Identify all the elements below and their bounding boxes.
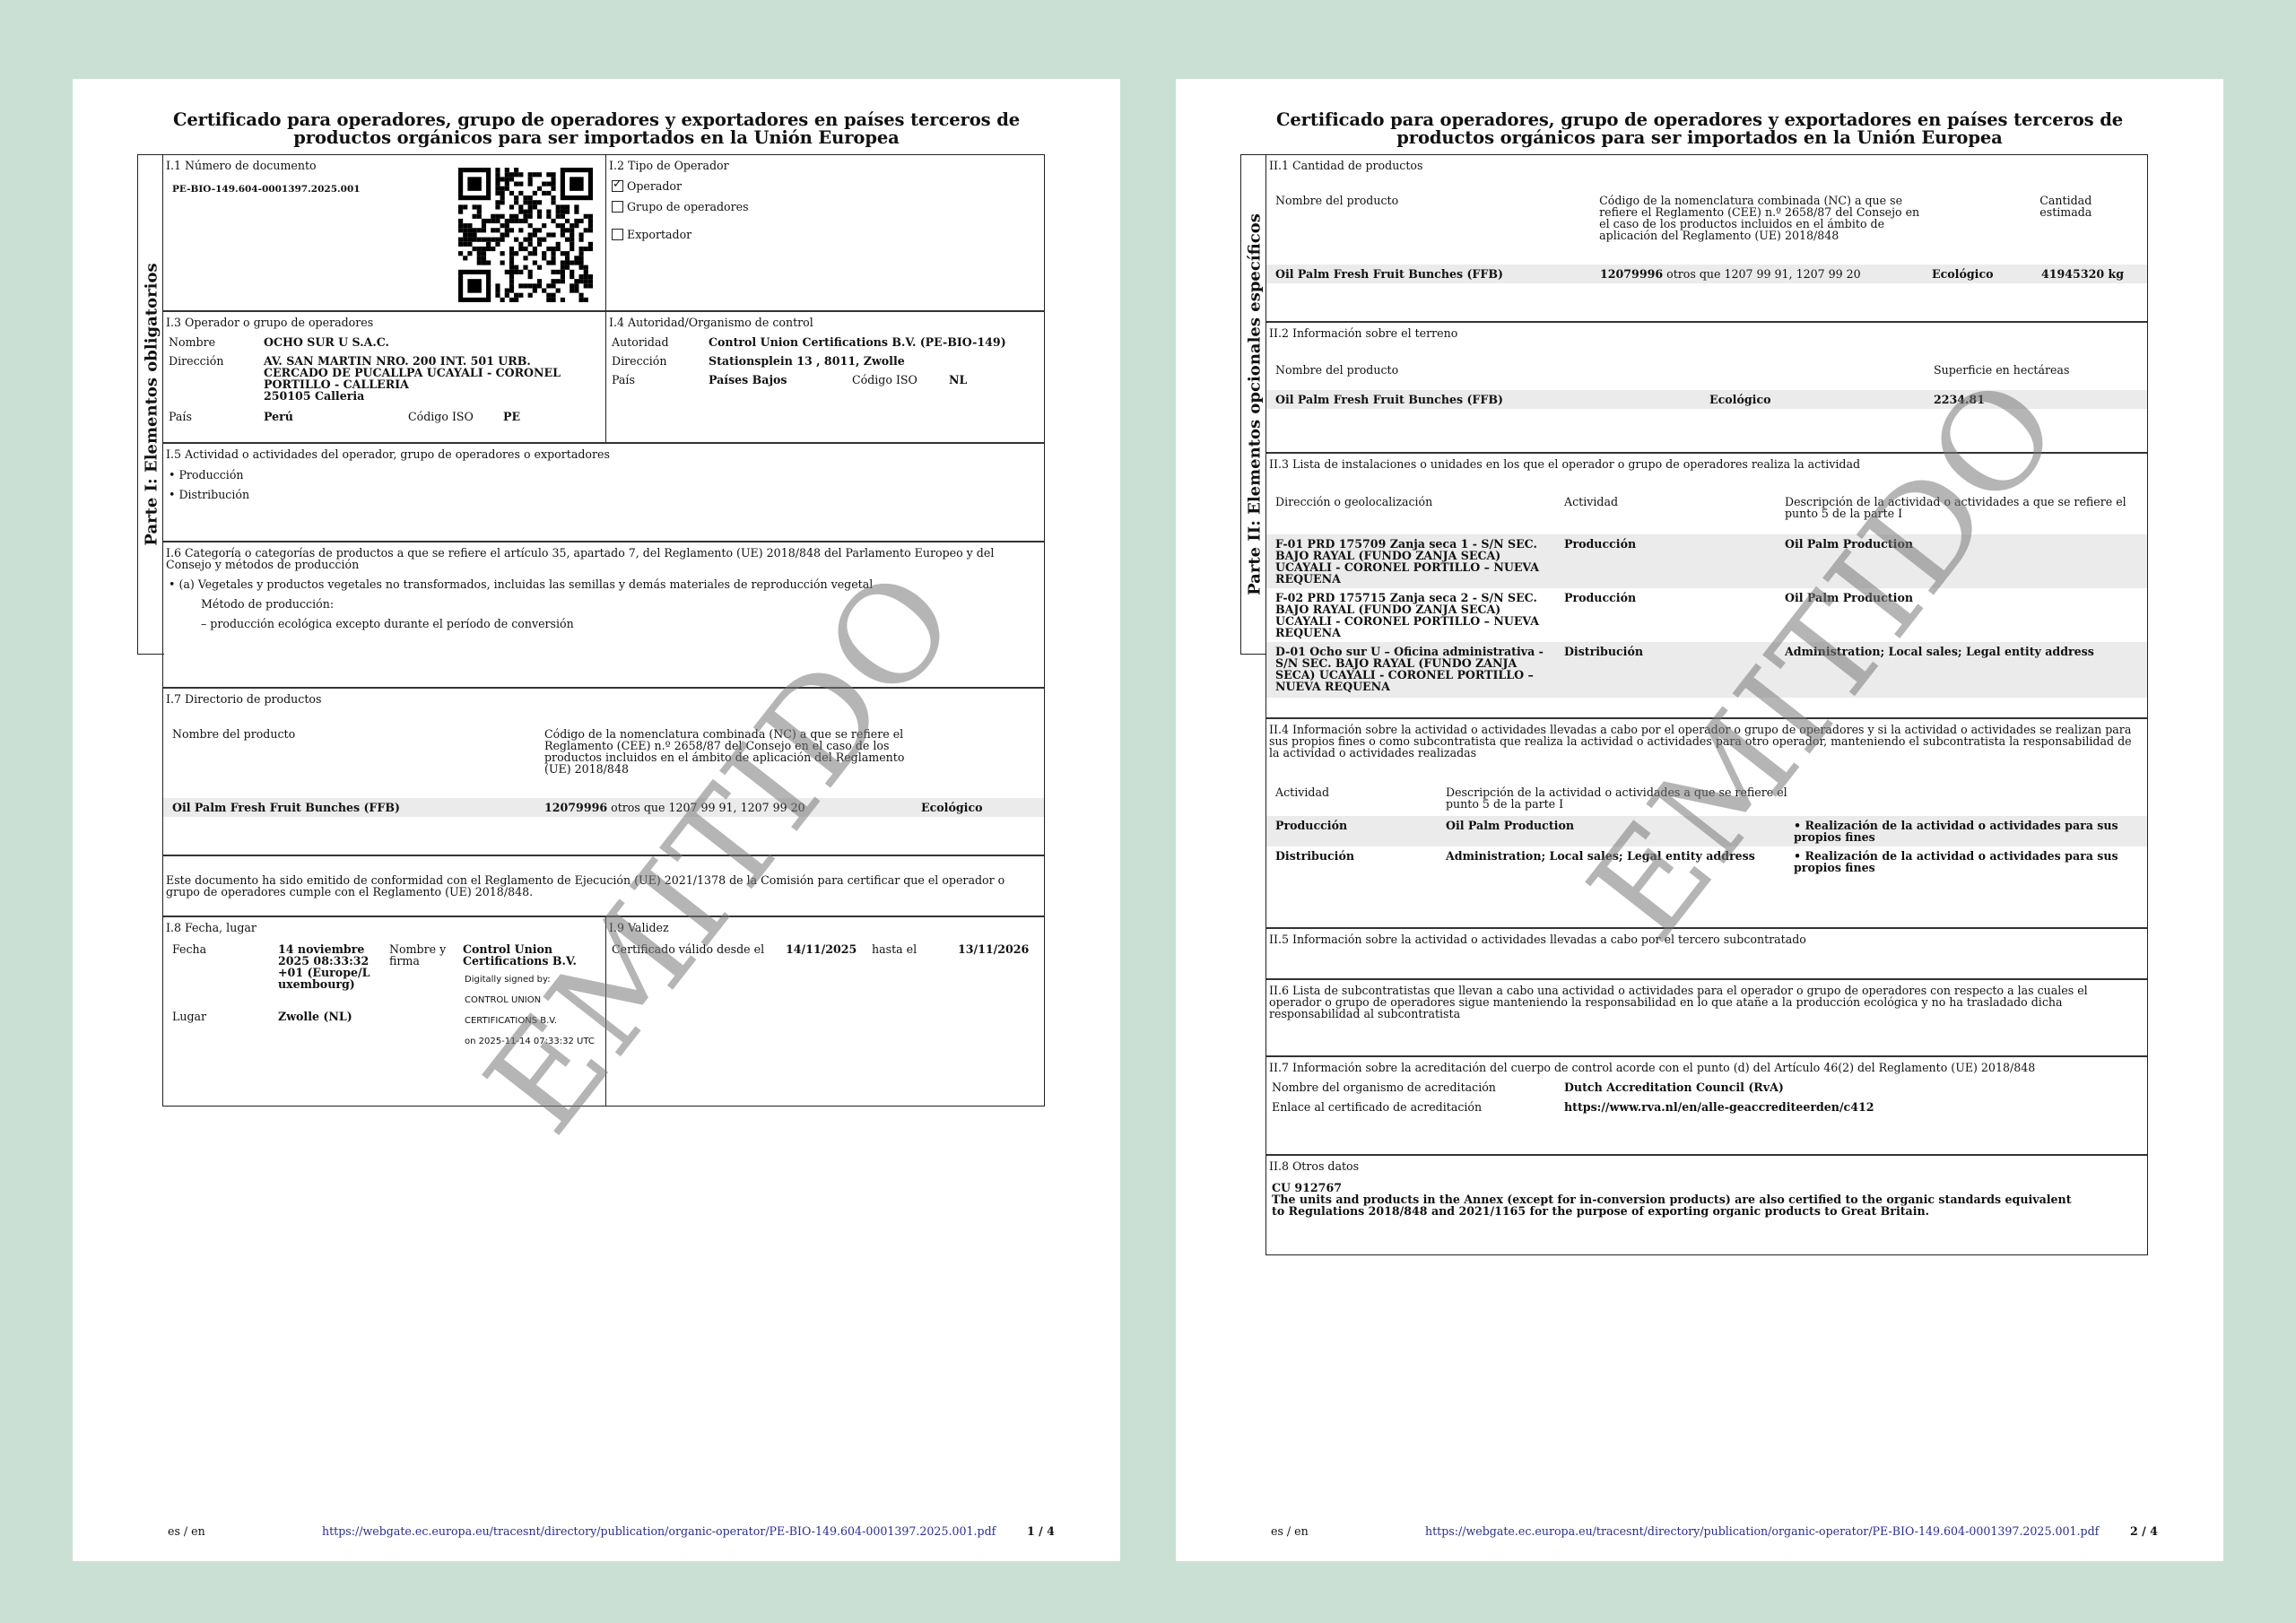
product-name: Oil Palm Fresh Fruit Bunches (FFB) [1275, 394, 1709, 405]
table-row: D-01 Ocho sur U – Oficina administrativa… [1266, 642, 2147, 698]
publication-link[interactable]: https://webgate.ec.europa.eu/tracesnt/di… [322, 1524, 996, 1538]
product-status: Ecológico [1709, 394, 1934, 405]
column-header: Dirección o geolocalización [1275, 496, 1564, 534]
field-label: Código ISO [408, 411, 503, 422]
field-label: País [612, 374, 701, 386]
part-label-sidebar: Parte II: Elementos opcionales específic… [1240, 154, 1267, 655]
category-item: (a) Vegetales y productos vegetales no t… [169, 578, 1039, 590]
section-title: II.3 Lista de instalaciones o unidades e… [1266, 454, 2147, 470]
section-accreditation: II.7 Información sobre la acreditación d… [1266, 1057, 2147, 1156]
facility-description: Oil Palm Production [1785, 538, 2144, 585]
column-header: Código de la nomenclatura combinada (NC)… [544, 728, 912, 787]
page-number: 2 / 4 [2130, 1524, 2158, 1538]
section-title: I.4 Autoridad/Organismo de control [606, 312, 1044, 328]
section-subcontracted-third-party: II.5 Información sobre la actividad o ac… [1266, 929, 2147, 980]
signer-name: Control Union Certifications B.V. [463, 943, 597, 967]
table-row: Oil Palm Fresh Fruit Bunches (FFB) Ecoló… [1266, 390, 2147, 409]
facility-activity: Producción [1564, 538, 1785, 585]
section-title: II.4 Información sobre la actividad o ac… [1266, 719, 2147, 759]
facility-address: F-01 PRD 175709 Zanja seca 1 - S/N SEC. … [1275, 538, 1564, 585]
operator-country: Perú [264, 411, 408, 422]
facility-description: Oil Palm Production [1785, 592, 2144, 638]
issue-date: 14 noviembre 2025 08:33:32 +01 (Europe/L… [278, 943, 372, 1011]
operator-iso: PE [503, 411, 520, 422]
land-area: 2234.81 [1934, 394, 1985, 405]
field-label: Enlace al certificado de acreditación [1272, 1101, 1557, 1113]
section-title: I.9 Validez [606, 917, 1044, 933]
language-selector[interactable]: es / en [1271, 1524, 1309, 1538]
qr-code-icon[interactable] [458, 168, 593, 302]
field-label: Dirección [169, 355, 257, 402]
part-label-sidebar: Parte I: Elementos obligatorios [137, 154, 164, 655]
publication-link[interactable]: https://webgate.ec.europa.eu/tracesnt/di… [1425, 1524, 2099, 1538]
section-title: I.2 Tipo de Operador [606, 155, 1044, 171]
checkbox-checked-icon[interactable] [612, 180, 623, 192]
section-title: II.2 Información sobre el terreno [1266, 323, 2147, 339]
field-label: hasta el [872, 943, 958, 955]
product-quantity: 41945320 kg [2041, 268, 2124, 280]
operator-address: AV. SAN MARTIN NRO. 200 INT. 501 URB. CE… [264, 355, 600, 402]
column-header: Actividad [1564, 496, 1785, 534]
activity-table: ProducciónOil Palm ProductionRealización… [1266, 816, 2147, 877]
page-number: 1 / 4 [1027, 1524, 1055, 1538]
table-row: F-01 PRD 175709 Zanja seca 1 - S/N SEC. … [1266, 534, 2147, 588]
issue-place: Zwolle (NL) [278, 1011, 389, 1022]
part-label: Parte II: Elementos opcionales específic… [1245, 213, 1264, 595]
table-row: Oil Palm Fresh Fruit Bunches (FFB) 12079… [1266, 265, 2147, 283]
facility-description: Administration; Local sales; Legal entit… [1785, 646, 2144, 694]
section-title: I.6 Categoría o categorías de productos … [163, 542, 1044, 570]
section-1-2: I.1 Número de documento PE-BIO-149.604-0… [163, 155, 1044, 312]
section-title: I.3 Operador o grupo de operadores [163, 312, 605, 328]
field-label: Autoridad [612, 336, 701, 348]
field-label: Nombre del organismo de acreditación [1272, 1081, 1557, 1093]
authority-name: Control Union Certifications B.V. (PE-BI… [709, 336, 1039, 348]
activity-purpose: Realización de la actividad o actividade… [1794, 850, 2135, 873]
activity-item: Distribución [169, 489, 1039, 500]
section-control-body: I.4 Autoridad/Organismo de control Autor… [605, 312, 1044, 442]
authority-iso: NL [949, 374, 967, 386]
column-header: Descripción de la actividad o actividade… [1446, 786, 1805, 816]
section-title: II.7 Información sobre la acreditación d… [1266, 1057, 2147, 1073]
issuance-statement: Este documento ha sido emitido de confor… [163, 856, 1044, 898]
product-code: 12079996 otros que 1207 99 91, 1207 99 2… [1600, 268, 1932, 280]
section-product-directory: I.7 Directorio de productos Nombre del p… [163, 689, 1044, 856]
checkbox-exportador[interactable]: Exportador [612, 229, 1039, 240]
method-value: – producción ecológica excepto durante e… [169, 618, 1039, 629]
section-categories: I.6 Categoría o categorías de productos … [163, 542, 1044, 689]
part-label: Parte I: Elementos obligatorios [142, 263, 161, 545]
authority-country: Países Bajos [709, 374, 852, 386]
product-status: Ecológico [921, 802, 983, 813]
activity-description: Oil Palm Production [1446, 820, 1794, 843]
method-label: Método de producción: [169, 598, 1039, 610]
part-2-form: II.1 Cantidad de productos Nombre del pr… [1265, 154, 2148, 1255]
field-label: Fecha [172, 943, 278, 1011]
section-title: II.6 Lista de subcontratistas que llevan… [1266, 980, 2147, 1020]
column-header: Código de la nomenclatura combinada (NC)… [1599, 195, 1930, 254]
column-header: Actividad [1275, 786, 1446, 816]
field-label: Nombre [169, 336, 257, 348]
product-code: 12079996 otros que 1207 99 91, 1207 99 2… [544, 802, 921, 813]
accreditation-body: Dutch Accreditation Council (RvA) [1564, 1081, 2142, 1093]
table-row: Oil Palm Fresh Fruit Bunches (FFB) 12079… [163, 798, 1044, 817]
column-header: Cantidad estimada [1930, 195, 2147, 254]
product-status: Ecológico [1932, 268, 2041, 280]
activity-name: Distribución [1275, 850, 1446, 873]
table-row: DistribuciónAdministration; Local sales;… [1266, 846, 2147, 877]
checkbox-empty-icon[interactable] [612, 201, 623, 213]
section-document-number: I.1 Número de documento PE-BIO-149.604-0… [163, 155, 605, 310]
certificate-page-1: Certificado para operadores, grupo de op… [73, 79, 1120, 1561]
product-name: Oil Palm Fresh Fruit Bunches (FFB) [1275, 268, 1600, 280]
column-header: Nombre del producto [172, 728, 544, 787]
field-label: País [169, 411, 264, 422]
column-header: Nombre del producto [1275, 364, 1934, 389]
section-activities: I.5 Actividad o actividades del operador… [163, 444, 1044, 542]
section-title: I.8 Fecha, lugar [163, 917, 605, 933]
operator-name: OCHO SUR U S.A.C. [264, 336, 600, 348]
document-title: Certificado para operadores, grupo de op… [1176, 111, 2223, 147]
section-3-4: I.3 Operador o grupo de operadores Nombr… [163, 312, 1044, 444]
column-header: Superficie en hectáreas [1934, 364, 2069, 389]
table-row: F-02 PRD 175715 Zanja seca 2 - S/N SEC. … [1266, 588, 2147, 642]
column-header: Descripción de la actividad o actividade… [1785, 496, 2144, 534]
certificate-page-2: Certificado para operadores, grupo de op… [1176, 79, 2223, 1561]
section-subcontractors: II.6 Lista de subcontratistas que llevan… [1266, 980, 2147, 1057]
facility-activity: Producción [1564, 592, 1785, 638]
section-title: II.5 Información sobre la actividad o ac… [1266, 929, 2147, 945]
digital-signature: Digitally signed by: CONTROL UNION CERTI… [463, 975, 597, 1046]
section-land: II.2 Información sobre el terreno Nombre… [1266, 323, 2147, 454]
field-label: Lugar [172, 1011, 278, 1022]
section-validity: I.9 Validez Certificado válido desde el … [605, 917, 1044, 1106]
valid-to: 13/11/2026 [958, 943, 1029, 955]
section-other-data: II.8 Otros datos CU 912767 The units and… [1266, 1156, 2147, 1254]
other-data: CU 912767 The units and products in the … [1266, 1172, 2147, 1217]
document-title: Certificado para operadores, grupo de op… [73, 111, 1120, 147]
section-8-9: I.8 Fecha, lugar Fecha Lugar 14 noviembr… [163, 917, 1044, 1106]
field-label: Certificado válido desde el [612, 943, 786, 955]
activity-name: Producción [1275, 820, 1446, 843]
table-row: ProducciónOil Palm ProductionRealización… [1266, 816, 2147, 846]
accreditation-link[interactable]: https://www.rva.nl/en/alle-geaccrediteer… [1564, 1101, 2142, 1113]
language-selector[interactable]: es / en [168, 1524, 205, 1538]
section-operator-type: I.2 Tipo de Operador Operador Grupo de o… [605, 155, 1044, 310]
section-operator: I.3 Operador o grupo de operadores Nombr… [163, 312, 605, 442]
section-activity-info: II.4 Información sobre la actividad o ac… [1266, 719, 2147, 929]
section-date-place: I.8 Fecha, lugar Fecha Lugar 14 noviembr… [163, 917, 605, 1106]
section-title: I.5 Actividad o actividades del operador… [163, 444, 1044, 460]
section-statement: Este documento ha sido emitido de confor… [163, 856, 1044, 917]
checkbox-grupo[interactable]: Grupo de operadores [612, 201, 1039, 213]
other-data-text: The units and products in the Annex (exc… [1272, 1193, 2142, 1217]
column-header: Nombre del producto [1275, 195, 1599, 254]
facility-activity: Distribución [1564, 646, 1785, 694]
facility-table: F-01 PRD 175709 Zanja seca 1 - S/N SEC. … [1266, 534, 2147, 698]
activity-item: Producción [169, 469, 1039, 481]
checkbox-operador[interactable]: Operador [612, 180, 1039, 192]
checkbox-empty-icon[interactable] [612, 229, 623, 240]
section-title: I.7 Directorio de productos [163, 689, 1044, 705]
facility-address: D-01 Ocho sur U – Oficina administrativa… [1275, 646, 1564, 694]
section-facilities: II.3 Lista de instalaciones o unidades e… [1266, 454, 2147, 719]
section-product-quantity: II.1 Cantidad de productos Nombre del pr… [1266, 155, 2147, 323]
activity-purpose: Realización de la actividad o actividade… [1794, 820, 2135, 843]
field-label: Código ISO [852, 374, 949, 386]
field-label: Dirección [612, 355, 701, 367]
facility-address: F-02 PRD 175715 Zanja seca 2 - S/N SEC. … [1275, 592, 1564, 638]
section-title: II.1 Cantidad de productos [1266, 155, 2147, 171]
activity-description: Administration; Local sales; Legal entit… [1446, 850, 1794, 873]
field-label: Nombre y firma [389, 943, 463, 1046]
valid-from: 14/11/2025 [786, 943, 872, 955]
authority-address: Stationsplein 13 , 8011, Zwolle [709, 355, 1039, 367]
section-title: II.8 Otros datos [1266, 1156, 2147, 1172]
product-name: Oil Palm Fresh Fruit Bunches (FFB) [172, 802, 544, 813]
part-1-form: I.1 Número de documento PE-BIO-149.604-0… [162, 154, 1045, 1107]
